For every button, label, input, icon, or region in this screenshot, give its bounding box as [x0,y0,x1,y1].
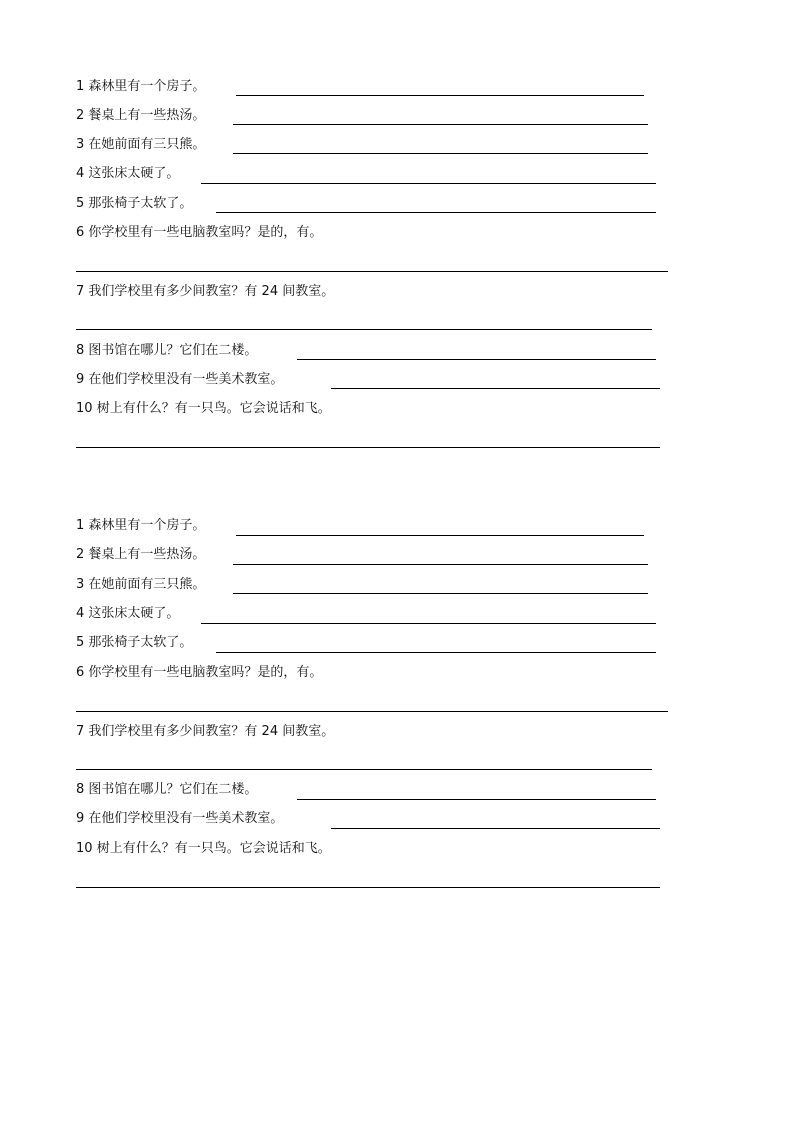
question-number: 7 [76,724,84,739]
answer-line-5[interactable] [216,652,656,653]
question-text: 在她前面有三只熊。 [88,137,205,152]
question-text: 那张椅子太软了。 [88,635,192,650]
question-number: 3 [76,577,84,592]
answer-line-9[interactable] [331,828,660,829]
answer-line-8[interactable] [297,799,656,800]
answer-line-6[interactable] [76,711,668,712]
question-text: 图书馆在哪儿？它们在二楼。 [88,343,257,358]
question-9: 9 在他们学校里没有一些美术教室。 [76,372,283,388]
question-number: 6 [76,665,84,680]
question-text: 你学校里有一些电脑教室吗？是的，有。 [88,225,322,240]
question-6: 6 你学校里有一些电脑教室吗？是的，有。 [76,665,322,681]
question-9: 9 在他们学校里没有一些美术教室。 [76,811,283,827]
question-number: 10 [76,401,97,416]
answer-line-2[interactable] [233,564,648,565]
question-10: 10 树上有什么？有一只鸟。它会说话和飞。 [76,401,331,417]
question-number: 1 [76,518,88,533]
question-1: 1 森林里有一个房子。 [76,518,205,534]
question-7: 7 我们学校里有多少间教室？有 24 间教室。 [76,284,334,300]
question-8: 8 图书馆在哪儿？它们在二楼。 [76,343,257,359]
answer-line-3[interactable] [233,153,648,154]
question-5: 5 那张椅子太软了。 [76,635,192,651]
question-number: 5 [76,196,84,211]
question-10: 10 树上有什么？有一只鸟。它会说话和飞。 [76,841,331,857]
question-number: 5 [76,635,84,650]
answer-line-1[interactable] [236,535,644,536]
question-text: 我们学校里有多少间教室？有 24 间教室。 [88,284,334,299]
question-text: 树上有什么？有一只鸟。它会说话和飞。 [97,401,331,416]
question-5: 5 那张椅子太软了。 [76,196,192,212]
question-number: 4 [76,166,84,181]
question-text: 在她前面有三只熊。 [88,577,205,592]
question-number: 7 [76,284,84,299]
answer-line-3[interactable] [233,593,648,594]
question-8: 8 图书馆在哪儿？它们在二楼。 [76,782,257,798]
question-text: 森林里有一个房子。 [88,518,205,533]
question-text: 在他们学校里没有一些美术教室。 [88,372,283,387]
question-2: 2 餐桌上有一些热汤。 [76,547,205,563]
question-number: 8 [76,343,84,358]
question-text: 树上有什么？有一只鸟。它会说话和飞。 [97,841,331,856]
answer-line-10[interactable] [76,447,660,448]
answer-line-4[interactable] [201,183,656,184]
question-number: 2 [76,547,84,562]
question-number: 2 [76,108,84,123]
question-4: 4 这张床太硬了。 [76,166,179,182]
question-text: 餐桌上有一些热汤。 [88,108,205,123]
question-1: 1 森林里有一个房子。 [76,79,205,95]
answer-line-2[interactable] [233,124,648,125]
question-3: 3 在她前面有三只熊。 [76,577,205,593]
answer-line-10[interactable] [76,887,660,888]
question-text: 在他们学校里没有一些美术教室。 [88,811,283,826]
question-text: 这张床太硬了。 [88,606,179,621]
question-number: 9 [76,372,88,387]
answer-line-5[interactable] [216,212,656,213]
question-text: 我们学校里有多少间教室？有 24 间教室。 [88,724,334,739]
question-text: 餐桌上有一些热汤。 [88,547,205,562]
question-text: 森林里有一个房子。 [88,79,205,94]
question-text: 图书馆在哪儿？它们在二楼。 [88,782,257,797]
question-text: 这张床太硬了。 [88,166,179,181]
question-number: 9 [76,811,88,826]
question-7: 7 我们学校里有多少间教室？有 24 间教室。 [76,724,334,740]
answer-line-9[interactable] [331,388,660,389]
answer-line-6[interactable] [76,271,668,272]
question-number: 10 [76,841,97,856]
question-number: 1 [76,79,88,94]
answer-line-1[interactable] [236,95,644,96]
question-6: 6 你学校里有一些电脑教室吗？是的，有。 [76,225,322,241]
question-number: 3 [76,137,84,152]
question-number: 8 [76,782,84,797]
question-text: 你学校里有一些电脑教室吗？是的，有。 [88,665,322,680]
question-2: 2 餐桌上有一些热汤。 [76,108,205,124]
question-3: 3 在她前面有三只熊。 [76,137,205,153]
question-text: 那张椅子太软了。 [88,196,192,211]
answer-line-7[interactable] [76,769,652,770]
question-number: 6 [76,225,84,240]
question-4: 4 这张床太硬了。 [76,606,179,622]
answer-line-4[interactable] [201,623,656,624]
answer-line-8[interactable] [297,359,656,360]
question-number: 4 [76,606,84,621]
answer-line-7[interactable] [76,329,652,330]
